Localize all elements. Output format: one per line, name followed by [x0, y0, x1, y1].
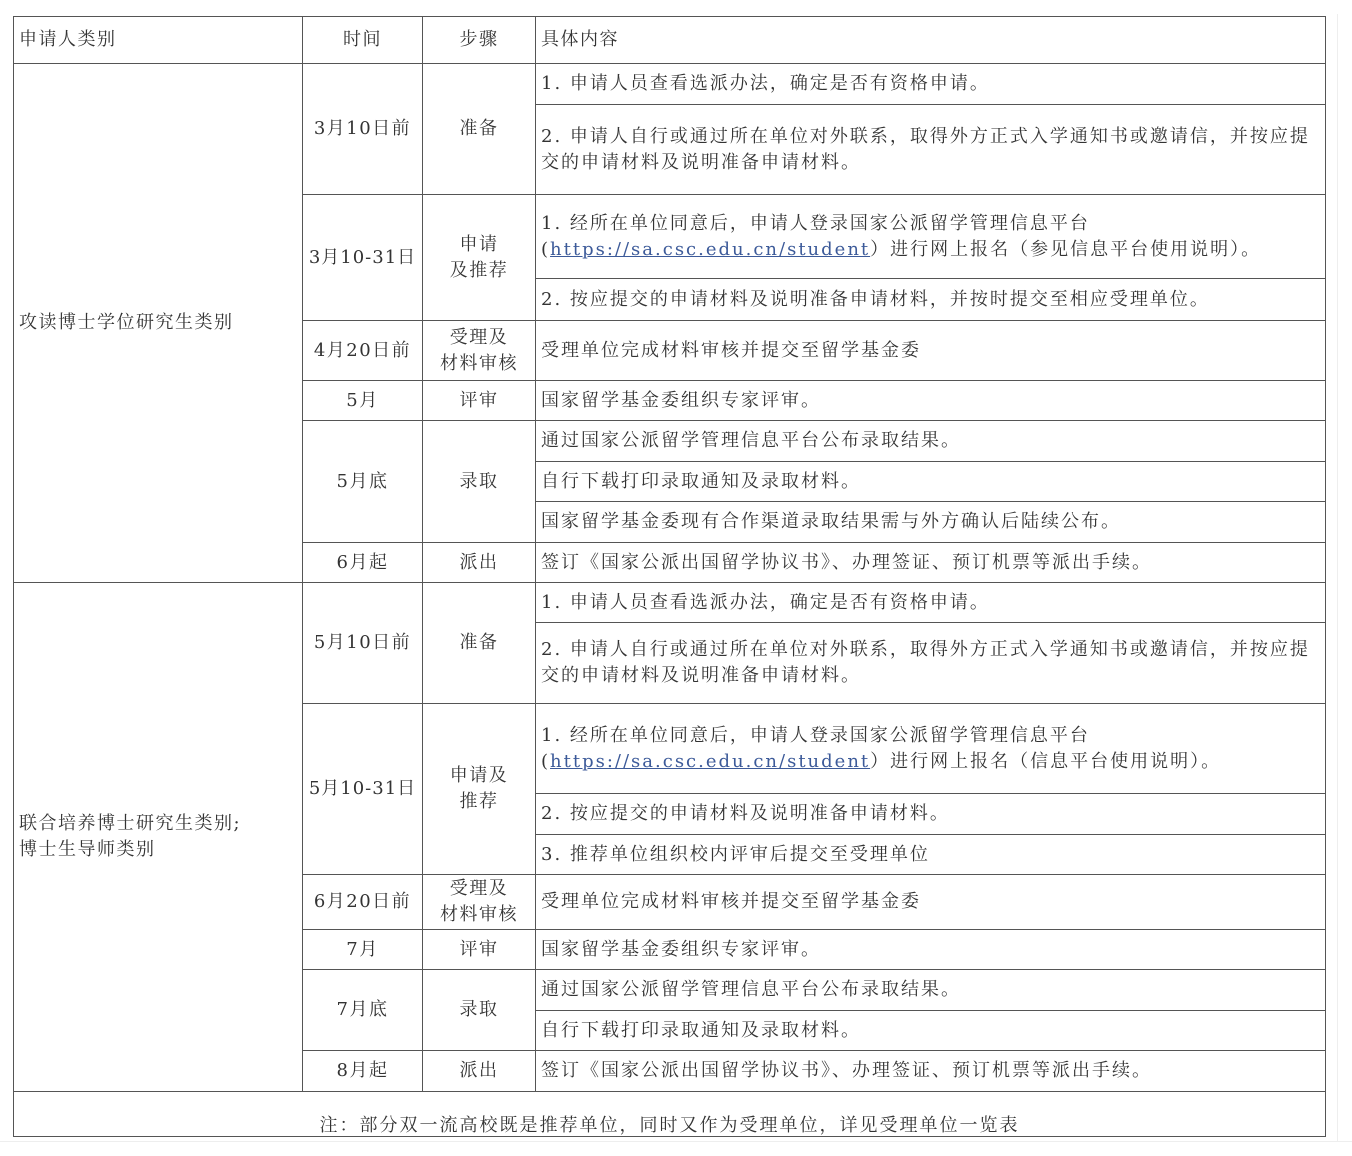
- table-note: 注：部分双一流高校既是推荐单位，同时又作为受理单位，详见受理单位一览表: [13, 1091, 1326, 1137]
- time-label: 3月10-31日: [309, 245, 416, 271]
- step-label: 派出: [460, 550, 499, 576]
- time-cell: 6月20日前: [302, 874, 423, 930]
- page-bottom-divider: [0, 1141, 1352, 1142]
- step-cell: 派出: [422, 542, 536, 583]
- time-cell: 5月: [302, 380, 423, 421]
- step-label: 录取: [460, 997, 499, 1023]
- content-cell: 通过国家公派留学管理信息平台公布录取结果。: [535, 969, 1326, 1011]
- content-cell: 1. 申请人员查看选派办法，确定是否有资格申请。: [535, 63, 1326, 105]
- content-text-after: ）进行网上报名（参见信息平台使用说明）。: [870, 239, 1261, 260]
- header-content-label: 具体内容: [541, 27, 619, 53]
- content-text: 签订《国家公派出国留学协议书》、办理签证、预订机票等派出手续。: [541, 550, 1152, 576]
- header-time-label: 时间: [343, 27, 382, 53]
- step-label: 评审: [460, 937, 499, 963]
- category-cell-phd: 攻读博士学位研究生类别: [13, 63, 303, 583]
- content-cell: 自行下载打印录取通知及录取材料。: [535, 461, 1326, 502]
- step-label: 申请 及推荐: [450, 232, 509, 284]
- page-edge-divider: [1337, 14, 1338, 1141]
- step-label: 受理及 材料审核: [440, 876, 518, 928]
- content-cell: 2. 申请人自行或通过所在单位对外联系，取得外方正式入学通知书或邀请信，并按应提…: [535, 622, 1326, 704]
- step-label: 申请及 推荐: [450, 763, 509, 815]
- content-cell: 国家留学基金委现有合作渠道录取结果需与外方确认后陆续公布。: [535, 501, 1326, 543]
- time-label: 6月20日前: [314, 889, 411, 915]
- time-cell: 5月10-31日: [302, 703, 423, 875]
- content-cell: 2. 申请人自行或通过所在单位对外联系，取得外方正式入学通知书或邀请信，并按应提…: [535, 104, 1326, 195]
- step-cell: 申请及 推荐: [422, 703, 536, 875]
- content-text: 1. 经所在单位同意后，申请人登录国家公派留学管理信息平台(https://sa…: [541, 211, 1317, 263]
- schedule-table: 申请人类别 时间 步骤 具体内容 攻读博士学位研究生类别 3月10日前 准备 1…: [0, 0, 1352, 1156]
- content-text: 通过国家公派留学管理信息平台公布录取结果。: [541, 977, 961, 1003]
- time-label: 5月10-31日: [309, 776, 416, 802]
- time-label: 7月: [346, 937, 378, 963]
- time-label: 4月20日前: [314, 338, 411, 364]
- header-category-label: 申请人类别: [19, 27, 117, 53]
- category-label: 联合培养博士研究生类别; 博士生导师类别: [19, 811, 241, 863]
- time-cell: 4月20日前: [302, 320, 423, 381]
- csc-platform-link[interactable]: https://sa.csc.edu.cn/student: [550, 751, 870, 772]
- time-cell: 8月起: [302, 1050, 423, 1092]
- step-cell: 准备: [422, 582, 536, 704]
- content-cell: 自行下载打印录取通知及录取材料。: [535, 1010, 1326, 1051]
- content-text: 受理单位完成材料审核并提交至留学基金委: [541, 889, 921, 915]
- time-cell: 3月10-31日: [302, 194, 423, 321]
- content-cell: 受理单位完成材料审核并提交至留学基金委: [535, 320, 1326, 381]
- content-text: 通过国家公派留学管理信息平台公布录取结果。: [541, 428, 961, 454]
- step-cell: 受理及 材料审核: [422, 874, 536, 930]
- content-text: 签订《国家公派出国留学协议书》、办理签证、预订机票等派出手续。: [541, 1058, 1152, 1084]
- step-cell: 录取: [422, 420, 536, 543]
- category-cell-joint-phd: 联合培养博士研究生类别; 博士生导师类别: [13, 582, 303, 1092]
- step-label: 评审: [460, 388, 499, 414]
- content-cell: 国家留学基金委组织专家评审。: [535, 380, 1326, 421]
- step-label: 录取: [460, 469, 499, 495]
- content-cell: 1. 经所在单位同意后，申请人登录国家公派留学管理信息平台(https://sa…: [535, 194, 1326, 279]
- content-text: 1. 申请人员查看选派办法，确定是否有资格申请。: [541, 590, 990, 616]
- content-cell: 通过国家公派留学管理信息平台公布录取结果。: [535, 420, 1326, 462]
- content-text: 1. 经所在单位同意后，申请人登录国家公派留学管理信息平台(https://sa…: [541, 723, 1317, 775]
- step-label: 派出: [460, 1058, 499, 1084]
- csc-platform-link[interactable]: https://sa.csc.edu.cn/student: [550, 239, 870, 260]
- time-label: 5月底: [337, 469, 389, 495]
- content-text: 3. 推荐单位组织校内评审后提交至受理单位: [541, 842, 930, 868]
- time-label: 5月10日前: [314, 630, 411, 656]
- category-label: 攻读博士学位研究生类别: [19, 310, 234, 336]
- content-cell: 3. 推荐单位组织校内评审后提交至受理单位: [535, 834, 1326, 875]
- content-cell: 2. 按应提交的申请材料及说明准备申请材料，并按时提交至相应受理单位。: [535, 278, 1326, 321]
- step-cell: 受理及 材料审核: [422, 320, 536, 381]
- header-category: 申请人类别: [13, 16, 303, 64]
- time-label: 8月起: [337, 1058, 389, 1084]
- step-cell: 准备: [422, 63, 536, 195]
- content-text: 1. 申请人员查看选派办法，确定是否有资格申请。: [541, 71, 990, 97]
- content-cell: 签订《国家公派出国留学协议书》、办理签证、预订机票等派出手续。: [535, 1050, 1326, 1092]
- header-step: 步骤: [422, 16, 536, 64]
- time-cell: 6月起: [302, 542, 423, 583]
- content-cell: 1. 申请人员查看选派办法，确定是否有资格申请。: [535, 582, 1326, 623]
- content-text: 自行下载打印录取通知及录取材料。: [541, 1018, 861, 1044]
- time-cell: 5月10日前: [302, 582, 423, 704]
- content-text: 2. 按应提交的申请材料及说明准备申请材料，并按时提交至相应受理单位。: [541, 287, 1210, 313]
- header-time: 时间: [302, 16, 423, 64]
- content-text: 2. 按应提交的申请材料及说明准备申请材料。: [541, 801, 950, 827]
- time-label: 6月起: [337, 550, 389, 576]
- content-text: 2. 申请人自行或通过所在单位对外联系，取得外方正式入学通知书或邀请信，并按应提…: [541, 124, 1317, 176]
- header-content: 具体内容: [535, 16, 1326, 64]
- step-cell: 申请 及推荐: [422, 194, 536, 321]
- step-cell: 派出: [422, 1050, 536, 1092]
- content-cell: 1. 经所在单位同意后，申请人登录国家公派留学管理信息平台(https://sa…: [535, 703, 1326, 794]
- header-step-label: 步骤: [460, 27, 499, 53]
- step-cell: 评审: [422, 380, 536, 421]
- time-label: 3月10日前: [314, 116, 411, 142]
- step-label: 受理及 材料审核: [440, 325, 518, 377]
- content-text: 国家留学基金委组织专家评审。: [541, 388, 821, 414]
- step-label: 准备: [460, 630, 499, 656]
- content-text: 2. 申请人自行或通过所在单位对外联系，取得外方正式入学通知书或邀请信，并按应提…: [541, 637, 1317, 689]
- time-cell: 7月: [302, 929, 423, 970]
- content-cell: 受理单位完成材料审核并提交至留学基金委: [535, 874, 1326, 930]
- content-cell: 国家留学基金委组织专家评审。: [535, 929, 1326, 970]
- content-text: 自行下载打印录取通知及录取材料。: [541, 469, 861, 495]
- step-label: 准备: [460, 116, 499, 142]
- time-cell: 5月底: [302, 420, 423, 543]
- step-cell: 评审: [422, 929, 536, 970]
- content-cell: 签订《国家公派出国留学协议书》、办理签证、预订机票等派出手续。: [535, 542, 1326, 583]
- time-cell: 7月底: [302, 969, 423, 1051]
- content-text: 国家留学基金委组织专家评审。: [541, 937, 821, 963]
- time-cell: 3月10日前: [302, 63, 423, 195]
- content-text: 国家留学基金委现有合作渠道录取结果需与外方确认后陆续公布。: [541, 509, 1121, 535]
- time-label: 7月底: [337, 997, 389, 1023]
- step-cell: 录取: [422, 969, 536, 1051]
- content-text-after: ）进行网上报名（信息平台使用说明）。: [870, 751, 1221, 772]
- time-label: 5月: [346, 388, 378, 414]
- content-cell: 2. 按应提交的申请材料及说明准备申请材料。: [535, 793, 1326, 835]
- table-note-text: 注：部分双一流高校既是推荐单位，同时又作为受理单位，详见受理单位一览表: [320, 1113, 1020, 1139]
- content-text: 受理单位完成材料审核并提交至留学基金委: [541, 338, 921, 364]
